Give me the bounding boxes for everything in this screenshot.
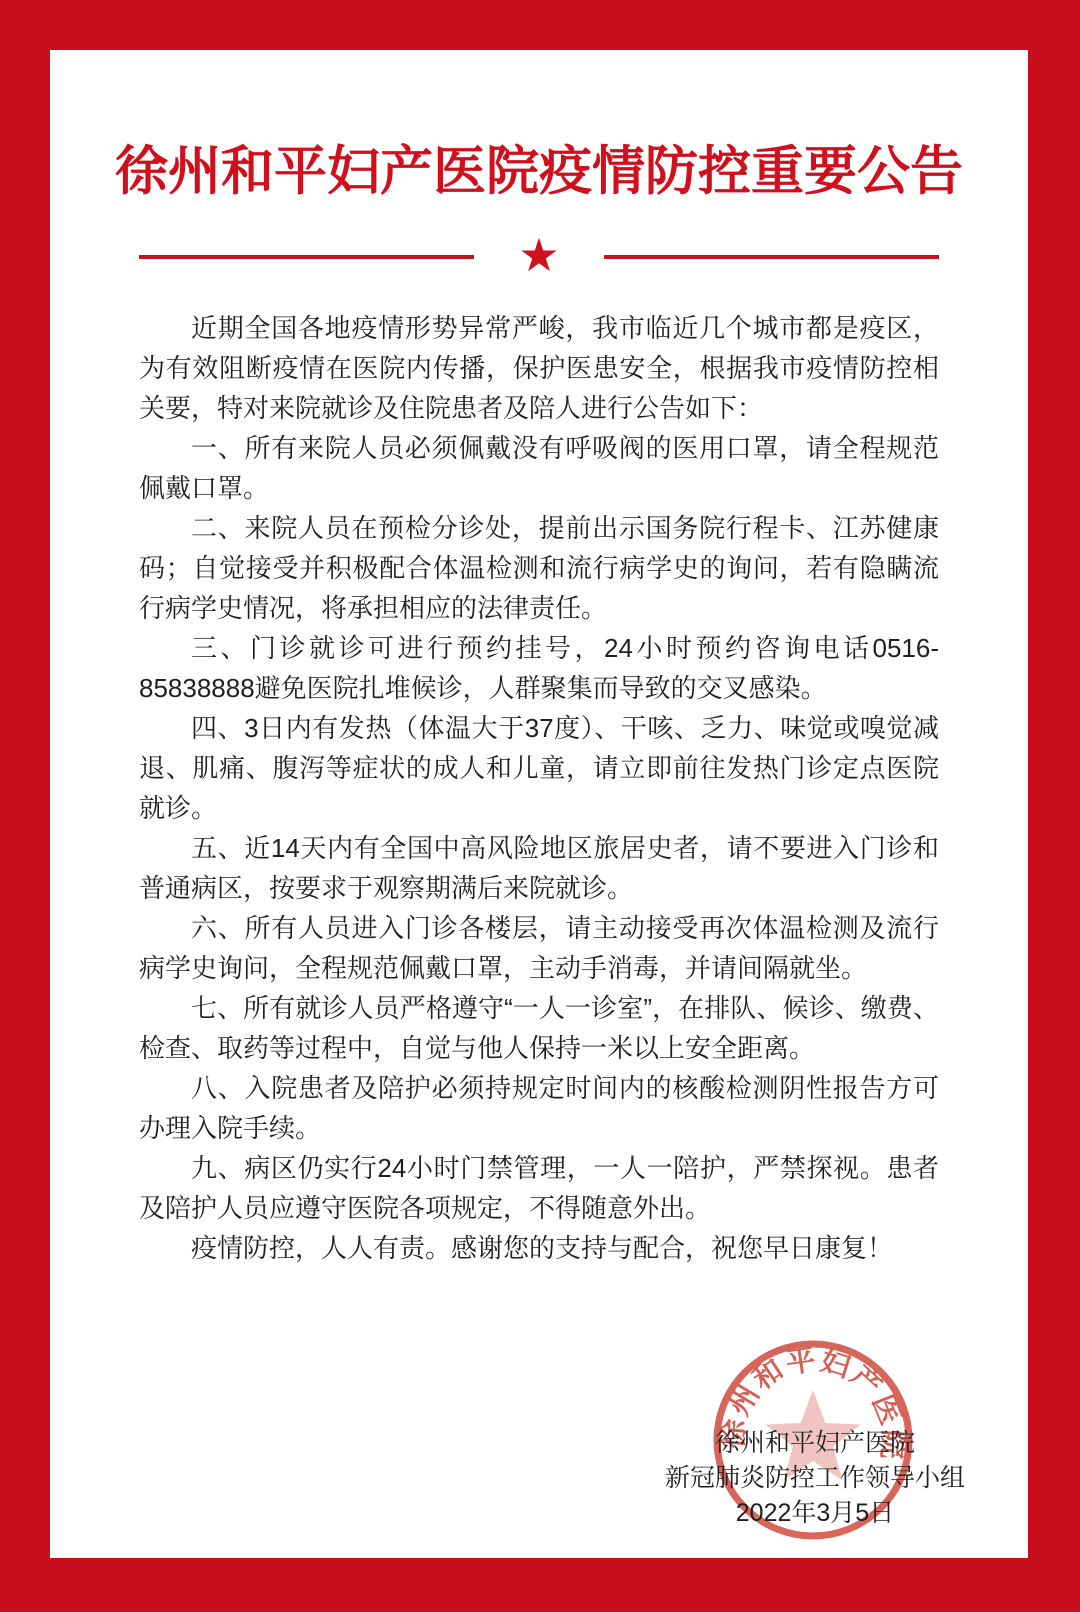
notice-paragraph-3: 三、门诊就诊可进行预约挂号，24小时预约咨询电话0516-85838888避免医…	[139, 628, 939, 708]
signature-block: 徐州和平妇产医院 新冠肺炎防控工作领导小组 2022年3月5日	[635, 1426, 995, 1531]
star-icon: ★	[518, 232, 559, 278]
notice-paragraph-8: 八、入院患者及陪护必须持规定时间内的核酸检测阴性报告方可办理入院手续。	[139, 1068, 939, 1148]
notice-title: 徐州和平妇产医院疫情防控重要公告	[50, 50, 1028, 204]
title-divider: ★	[50, 234, 1028, 280]
notice-paragraph-9: 九、病区仍实行24小时门禁管理，一人一陪护，严禁探视。患者及陪护人员应遵守医院各…	[139, 1148, 939, 1228]
notice-paragraph-5: 五、近14天内有全国中高风险地区旅居史者，请不要进入门诊和普通病区，按要求于观察…	[139, 828, 939, 908]
notice-paragraph-intro: 近期全国各地疫情形势异常严峻，我市临近几个城市都是疫区，为有效阻断疫情在医院内传…	[139, 308, 939, 428]
notice-body: 近期全国各地疫情形势异常严峻，我市临近几个城市都是疫区，为有效阻断疫情在医院内传…	[139, 308, 939, 1268]
notice-paragraph-2: 二、来院人员在预检分诊处，提前出示国务院行程卡、江苏健康码；自觉接受并积极配合体…	[139, 508, 939, 628]
divider-line-right	[604, 255, 939, 259]
notice-paragraph-1: 一、所有来院人员必须佩戴没有呼吸阀的医用口罩，请全程规范佩戴口罩。	[139, 428, 939, 508]
signature-hospital: 徐州和平妇产医院	[635, 1426, 995, 1461]
notice-paragraph-6: 六、所有人员进入门诊各楼层，请主动接受再次体温检测及流行病学史询问，全程规范佩戴…	[139, 908, 939, 988]
notice-paragraph-4: 四、3日内有发热（体温大于37度）、干咳、乏力、味觉或嗅觉减退、肌痛、腹泻等症状…	[139, 708, 939, 828]
notice-panel: 徐州和平妇产医院疫情防控重要公告 ★ 近期全国各地疫情形势异常严峻，我市临近几个…	[50, 50, 1028, 1558]
notice-poster: 徐州和平妇产医院疫情防控重要公告 ★ 近期全国各地疫情形势异常严峻，我市临近几个…	[0, 0, 1080, 1612]
notice-paragraph-7: 七、所有就诊人员严格遵守“一人一诊室”，在排队、候诊、缴费、检查、取药等过程中，…	[139, 988, 939, 1068]
notice-paragraph-closing: 疫情防控，人人有责。感谢您的支持与配合，祝您早日康复！	[139, 1228, 939, 1268]
signature-date: 2022年3月5日	[635, 1496, 995, 1531]
signature-group: 新冠肺炎防控工作领导小组	[635, 1461, 995, 1496]
divider-line-left	[139, 255, 474, 259]
